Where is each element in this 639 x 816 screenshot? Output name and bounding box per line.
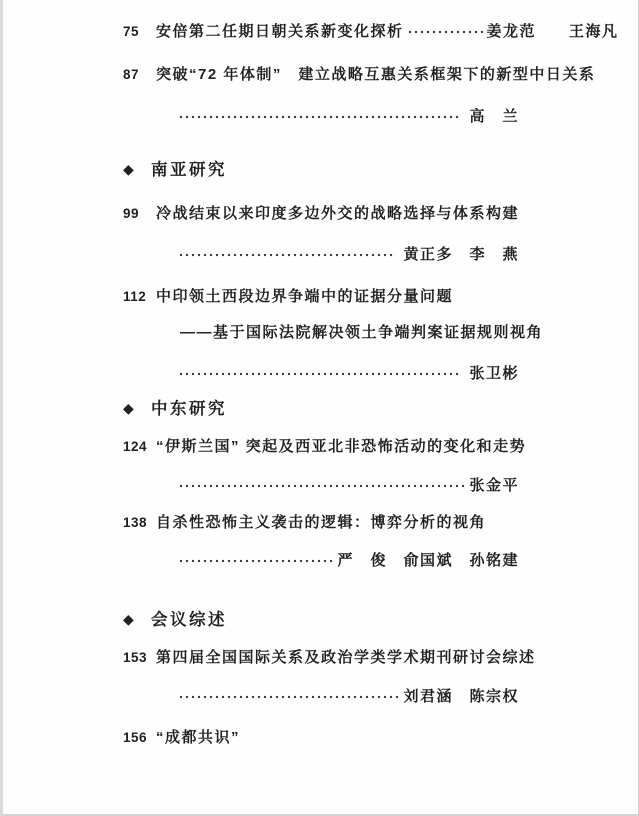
- entry-authors: 姜龙范 王海凡: [487, 22, 619, 41]
- toc-entry: 138 自杀性恐怖主义袭击的逻辑：博弈分析的视角: [123, 513, 519, 532]
- entry-authors: 张金平: [469, 476, 519, 495]
- dotted-leader: [178, 557, 335, 565]
- entry-page-number: 153: [123, 648, 156, 667]
- toc-entry: 112 中印领土西段边界争端中的证据分量问题: [123, 287, 519, 306]
- leader-row: 张卫彬: [178, 364, 519, 383]
- leader-row: 张金平: [178, 476, 519, 495]
- toc-entry: 99 冷战结束以来印度多边外交的战略选择与体系构建: [123, 204, 519, 223]
- leader-row: 严 俊 俞国斌 孙铭建: [178, 551, 519, 570]
- entry-authors: 黄正多 李 燕: [403, 245, 519, 264]
- dotted-leader: [178, 251, 396, 259]
- dotted-leader: [178, 482, 467, 490]
- toc-entry: 156 “成都共识”: [123, 728, 519, 747]
- toc-entry: 153 第四届全国国际关系及政治学类学术期刊研讨会综述: [123, 648, 519, 667]
- entry-title: “伊斯兰国” 突起及西亚北非恐怖活动的变化和走势: [156, 437, 526, 456]
- entry-page-number: 87: [123, 65, 156, 84]
- dotted-leader: [178, 370, 462, 378]
- entry-subtitle-row: ——基于国际法院解决领土争端判案证据规则视角: [180, 323, 519, 342]
- entry-title: 中印领土西段边界争端中的证据分量问题: [156, 287, 453, 306]
- entry-title: 自杀性恐怖主义袭击的逻辑：博弈分析的视角: [156, 513, 486, 532]
- section-header: ◆ 中东研究: [123, 399, 519, 420]
- entry-page-number: 99: [123, 204, 156, 223]
- toc-entry: 87 突破“72 年体制” 建立战略互惠关系框架下的新型中日关系: [123, 65, 519, 84]
- entry-page-number: 112: [123, 287, 156, 306]
- section-title: 南亚研究: [151, 160, 227, 181]
- entry-subtitle: ——基于国际法院解决领土争端判案证据规则视角: [180, 323, 543, 342]
- toc-entry: 124 “伊斯兰国” 突起及西亚北非恐怖活动的变化和走势: [123, 437, 519, 456]
- entry-title: “成都共识”: [156, 728, 240, 747]
- leader-row: 高 兰: [178, 107, 519, 126]
- journal-toc-page: 75 安倍第二任期日朝关系新变化探析 姜龙范 王海凡 87 突破“72 年体制”…: [0, 0, 639, 816]
- diamond-bullet-icon: ◆: [123, 159, 151, 180]
- entry-title: 突破“72 年体制” 建立战略互惠关系框架下的新型中日关系: [156, 65, 595, 84]
- entry-authors: 高 兰: [469, 107, 519, 126]
- diamond-bullet-icon: ◆: [123, 609, 151, 630]
- toc-entry: 75 安倍第二任期日朝关系新变化探析 姜龙范 王海凡: [123, 22, 519, 41]
- entry-page-number: 124: [123, 437, 156, 456]
- entry-title: 冷战结束以来印度多边外交的战略选择与体系构建: [156, 204, 519, 223]
- dotted-leader: [178, 113, 462, 121]
- entry-page-number: 75: [123, 22, 156, 41]
- dotted-leader: [178, 693, 401, 701]
- diamond-bullet-icon: ◆: [123, 398, 151, 419]
- section-title: 会议综述: [151, 610, 227, 631]
- leader-row: 刘君涵 陈宗权: [178, 687, 519, 706]
- entry-title: 安倍第二任期日朝关系新变化探析: [156, 22, 404, 41]
- entry-authors: 严 俊 俞国斌 孙铭建: [337, 551, 519, 570]
- section-title: 中东研究: [151, 399, 227, 420]
- entry-title: 第四届全国国际关系及政治学类学术期刊研讨会综述: [156, 648, 536, 667]
- entry-authors: 张卫彬: [469, 364, 519, 383]
- leader-row: 黄正多 李 燕: [178, 245, 519, 264]
- dotted-leader: [407, 28, 483, 36]
- section-header: ◆ 会议综述: [123, 610, 519, 631]
- entry-page-number: 156: [123, 728, 156, 747]
- section-header: ◆ 南亚研究: [123, 160, 519, 181]
- entry-page-number: 138: [123, 513, 156, 532]
- entry-authors: 刘君涵 陈宗权: [403, 687, 519, 706]
